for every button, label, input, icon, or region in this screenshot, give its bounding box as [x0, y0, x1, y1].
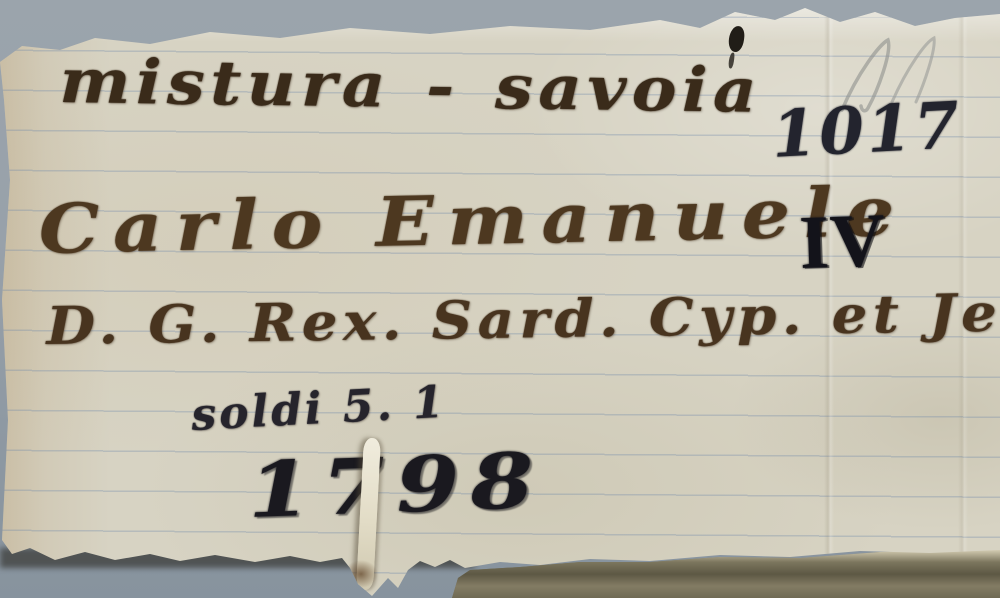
handwritten-denomination: soldi 5. 1: [190, 377, 448, 441]
ink-blot: [727, 25, 745, 53]
handwritten-material-region: mistura - savoia: [59, 46, 763, 127]
handwritten-year: 1798: [246, 436, 546, 535]
handwritten-latin-titles: D. G. Rex. Sard. Cyp. et Jer: [46, 282, 1000, 357]
photo-scene: mistura - savoia 1017 Carlo Emanuele IV …: [0, 0, 1000, 598]
handwritten-inventory-number: 1017: [770, 88, 964, 173]
paper-stain: [344, 560, 378, 588]
handwritten-ruler-numeral: IV: [798, 197, 887, 287]
handwritten-ruler-name: Carlo Emanuele: [38, 172, 909, 270]
paper-label: mistura - savoia 1017 Carlo Emanuele IV …: [0, 0, 1000, 598]
